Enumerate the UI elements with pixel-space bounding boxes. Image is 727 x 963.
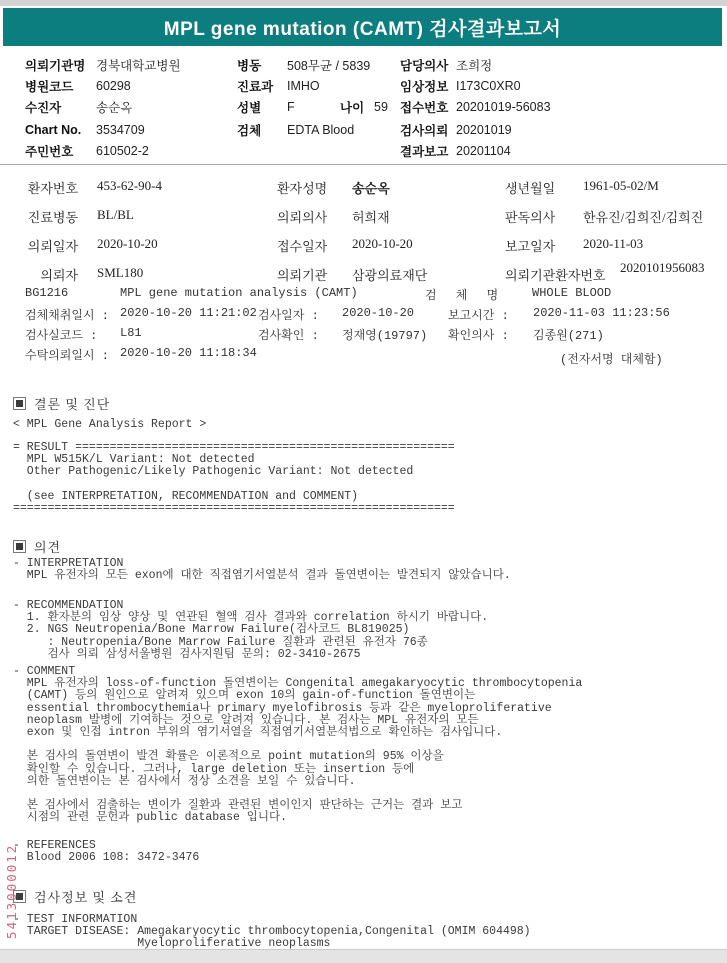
field-value: EDTA Blood: [287, 123, 354, 137]
field-label: 진료과: [237, 77, 287, 95]
cell-value: 2020-11-03: [583, 236, 643, 252]
cell-value: 2020-10-20: [352, 236, 413, 252]
cell-value: SML180: [97, 265, 143, 281]
cell-value: BL/BL: [97, 207, 134, 223]
specimen-label: 검 체 명: [425, 286, 504, 303]
field-label: 병동: [237, 56, 287, 74]
test-date-label: 검사일자 :: [258, 306, 319, 323]
table-row: 환자번호 453-62-90-4 환자성명 송순옥 생년월일 1961-05-0…: [0, 172, 727, 201]
section-title: 의견: [34, 537, 61, 556]
verified-value: 정재영(19797): [342, 326, 427, 343]
patient-name: 송순옥: [352, 178, 390, 197]
field-value: 610502-2: [96, 144, 149, 158]
cell-value: 1961-05-02/M: [583, 178, 659, 194]
cell-value: 허희재: [352, 207, 390, 226]
cell-value: 453-62-90-4: [97, 178, 162, 194]
header-field: 검사의뢰 20201019: [400, 119, 710, 140]
cell-label: 의뢰기관환자번호: [505, 265, 605, 284]
field-label: 결과보고: [400, 142, 456, 160]
report-time-label: 보고시간 :: [448, 306, 509, 323]
confirm-doctor-value: 김종원(271): [533, 326, 604, 343]
field-label: 의뢰기관명: [25, 56, 96, 74]
cell-label: 진료병동: [20, 207, 78, 226]
cell-label: 생년월일: [505, 178, 555, 197]
header-field: 주민번호 610502-2: [25, 140, 235, 161]
recommendation-block: - RECOMMENDATION 1. 환자분의 임상 양상 및 연관된 혈액 …: [13, 600, 488, 661]
header-field: 병동 508무균 / 5839: [237, 54, 407, 75]
top-margin-strip: [0, 0, 727, 6]
lab-code-value: L81: [120, 326, 142, 340]
report-time-value: 2020-11-03 11:23:56: [533, 306, 670, 320]
section-title: 검사정보 및 소견: [34, 887, 137, 906]
field-value: 508무균 / 5839: [287, 56, 370, 74]
header-field: 담당의사 조희정: [400, 54, 710, 75]
header-field: 진료과 IMHO: [237, 75, 407, 96]
report-title-bar: MPL gene mutation (CAMT) 검사결과보고서: [3, 8, 722, 46]
header-field: 수진자 송순옥: [25, 96, 235, 117]
header-field: 성별 F 나이 59: [237, 96, 407, 117]
cell-label: 판독의사: [505, 207, 555, 226]
section-marker-icon: [13, 540, 26, 553]
section-header-opinion: 의견: [13, 537, 61, 556]
field-label: Chart No.: [25, 123, 96, 137]
test-date-value: 2020-10-20: [342, 306, 414, 320]
collected-label: 검체채취일시 :: [25, 306, 109, 323]
field-value: IMHO: [287, 79, 320, 93]
section-title: 결론 및 진단: [34, 394, 110, 413]
header-field: 임상정보 I173C0XR0: [400, 75, 710, 96]
field-value: 20201019-56083: [456, 100, 551, 114]
field-value: F: [287, 100, 340, 114]
lab-code-label: 검사실코드 :: [25, 326, 97, 343]
field-label: 성별: [237, 98, 287, 116]
field-value: 송순옥: [96, 98, 132, 116]
field-value: 경북대학교병원: [96, 56, 181, 74]
result-block: = RESULT ===============================…: [13, 442, 455, 515]
cell-label: 의뢰기관: [277, 265, 327, 284]
field-label: 검사의뢰: [400, 121, 456, 139]
bottom-margin-strip: [0, 949, 727, 963]
field-label: 임상정보: [400, 77, 456, 95]
referral-label: 수탁의뢰일시 :: [25, 346, 109, 363]
cell-label: 의뢰자: [20, 265, 78, 284]
cell-label: 의뢰의사: [277, 207, 327, 226]
cell-label: 접수일자: [277, 236, 327, 255]
field-label: 담당의사: [400, 56, 456, 74]
collected-value: 2020-10-20 11:21:02: [120, 306, 257, 320]
header-field: Chart No. 3534709: [25, 119, 235, 140]
field-value: 60298: [96, 79, 131, 93]
field-value: I173C0XR0: [456, 79, 521, 93]
report-title: MPL gene mutation (CAMT) 검사결과보고서: [164, 14, 561, 41]
test-code: BG1216: [25, 286, 68, 300]
cell-value: 2020101956083: [620, 261, 714, 274]
header-field: 결과보고 20201104: [400, 140, 710, 161]
specimen-value: WHOLE BLOOD: [532, 286, 611, 300]
field-label: 검체: [237, 121, 287, 139]
table-row: 의뢰자 SML180 의뢰기관 삼광의료재단 의뢰기관환자번호 20201019…: [0, 259, 727, 288]
header-field: 병원코드 60298: [25, 75, 235, 96]
verified-label: 검사확인 :: [258, 326, 319, 343]
field-label: 병원코드: [25, 77, 96, 95]
cell-value: 2020-10-20: [97, 236, 158, 252]
table-row: 의뢰일자 2020-10-20 접수일자 2020-10-20 보고일자 202…: [0, 230, 727, 259]
field-label: 접수번호: [400, 98, 456, 116]
side-code-vertical: + 5413000012: [4, 844, 19, 958]
references-block: - REFERENCES Blood 2006 108: 3472-3476: [13, 840, 199, 864]
referral-value: 2020-10-20 11:18:34: [120, 346, 257, 360]
header-column-2: 병동 508무균 / 5839 진료과 IMHO 성별 F 나이 59 검체 E…: [237, 54, 407, 140]
cell-label: 환자성명: [277, 178, 327, 197]
cell-label: 보고일자: [505, 236, 555, 255]
interpretation-block: - INTERPRETATION MPL 유전자의 모든 exon에 대한 직접…: [13, 558, 511, 582]
cell-label: 환자번호: [20, 178, 78, 197]
test-information-block: - TEST INFORMATION TARGET DISEASE: Amega…: [13, 914, 531, 951]
header-column-3: 담당의사 조희정 임상정보 I173C0XR0 접수번호 20201019-56…: [400, 54, 710, 161]
field-value: 59: [374, 100, 388, 114]
section-header-conclusion: 결론 및 진단: [13, 394, 110, 413]
esign-note: (전자서명 대체함): [560, 350, 663, 367]
field-label: 나이: [340, 98, 374, 116]
cell-label: 의뢰일자: [20, 236, 78, 255]
field-value: 20201104: [456, 144, 511, 158]
report-page: MPL gene mutation (CAMT) 검사결과보고서 의뢰기관명 경…: [0, 0, 727, 963]
patient-info-table: 환자번호 453-62-90-4 환자성명 송순옥 생년월일 1961-05-0…: [0, 172, 727, 288]
cell-value: 한유진/김희진/김희진: [583, 207, 703, 226]
header-field: 접수번호 20201019-56083: [400, 96, 710, 117]
table-row: 진료병동 BL/BL 의뢰의사 허희재 판독의사 한유진/김희진/김희진: [0, 201, 727, 230]
field-value: 조희정: [456, 56, 492, 74]
field-label: 주민번호: [25, 142, 96, 160]
confirm-doctor-label: 확인의사 :: [448, 326, 509, 343]
header-field: 검체 EDTA Blood: [237, 119, 407, 140]
field-label: 수진자: [25, 98, 96, 116]
field-value: 3534709: [96, 123, 145, 137]
cell-value: 삼광의료재단: [352, 265, 427, 284]
header-column-1: 의뢰기관명 경북대학교병원 병원코드 60298 수진자 송순옥 Chart N…: [25, 54, 235, 161]
test-name: MPL gene mutation analysis (CAMT): [120, 286, 358, 300]
section-marker-icon: [13, 397, 26, 410]
field-value: 20201019: [456, 123, 512, 137]
comment-block: - COMMENT MPL 유전자의 loss-of-function 돌연변이…: [13, 666, 582, 825]
section-header-test-info: 검사정보 및 소견: [13, 887, 137, 906]
header-separator-line: [0, 164, 727, 165]
header-field: 의뢰기관명 경북대학교병원: [25, 54, 235, 75]
report-heading: < MPL Gene Analysis Report >: [13, 419, 206, 431]
